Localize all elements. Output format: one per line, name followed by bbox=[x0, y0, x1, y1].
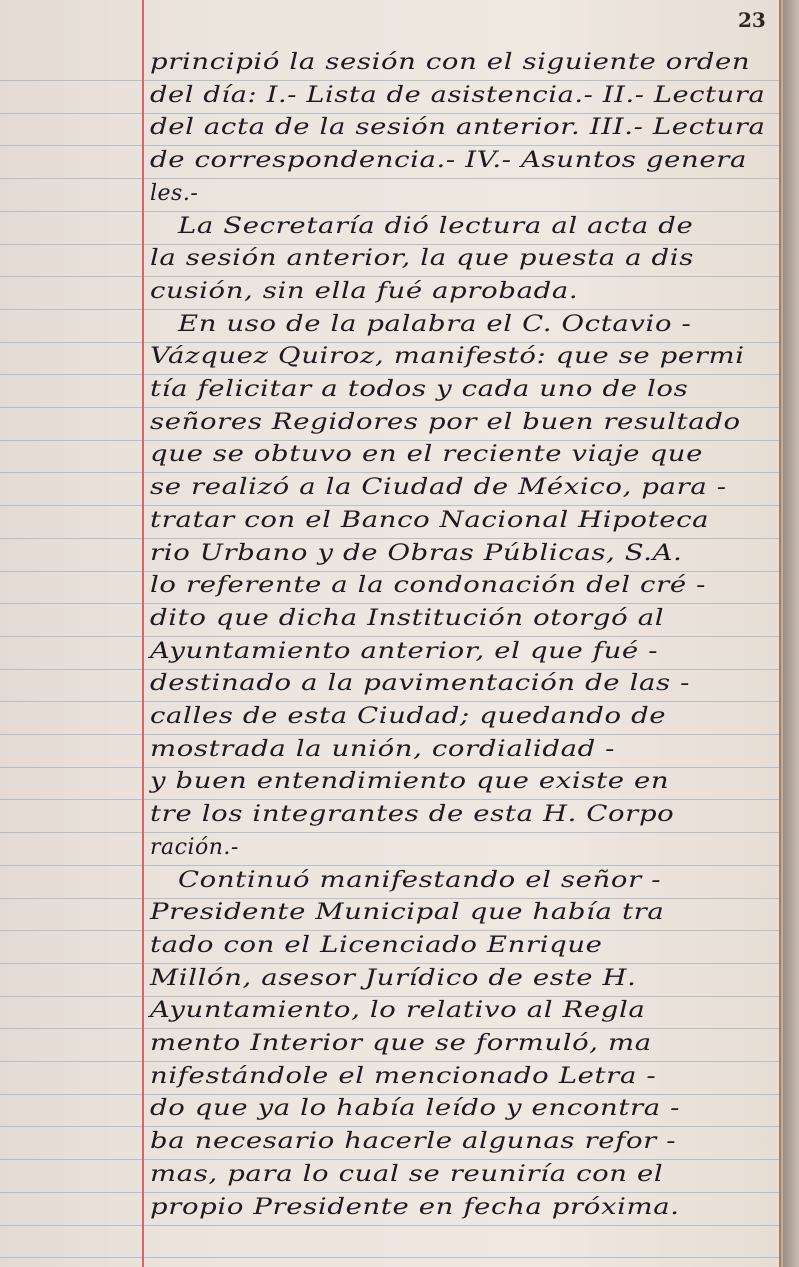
rule-line bbox=[0, 1257, 781, 1258]
handwritten-line: Millón, asesor Jurídico de este H. bbox=[150, 966, 636, 991]
handwritten-line: do que ya lo había leído y encontra - bbox=[150, 1096, 680, 1121]
rule-line bbox=[0, 113, 781, 114]
page-edge bbox=[779, 0, 781, 1267]
rule-line bbox=[0, 309, 781, 310]
handwritten-line: dito que dicha Institución otorgó al bbox=[150, 606, 664, 631]
handwritten-line: y buen entendimiento que existe en bbox=[150, 769, 669, 794]
handwritten-line: del día: I.- Lista de asistencia.- II.- … bbox=[150, 83, 765, 108]
rule-line bbox=[0, 963, 781, 964]
handwritten-line: cusión, sin ella fué aprobada. bbox=[150, 279, 578, 304]
rule-line bbox=[0, 799, 781, 800]
handwritten-line: calles de esta Ciudad; quedando de bbox=[150, 704, 666, 729]
ledger-page: 23 principió la sesión con el siguiente … bbox=[0, 0, 781, 1267]
handwritten-line: tado con el Licenciado Enrique bbox=[150, 933, 603, 958]
handwritten-line: propio Presidente en fecha próxima. bbox=[150, 1195, 680, 1220]
rule-line bbox=[0, 571, 781, 572]
page-number: 23 bbox=[738, 8, 766, 32]
handwritten-line: que se obtuvo en el reciente viaje que bbox=[150, 442, 703, 467]
handwritten-line: la sesión anterior, la que puesta a dis bbox=[150, 246, 694, 271]
rule-line bbox=[0, 211, 781, 212]
rule-line bbox=[0, 1094, 781, 1095]
handwritten-line: mostrada la unión, cordialidad - bbox=[150, 737, 615, 762]
handwritten-line: rio Urbano y de Obras Públicas, S.A. bbox=[150, 541, 683, 566]
handwritten-line: lo referente a la condonación del cré - bbox=[150, 573, 706, 598]
rule-line bbox=[0, 505, 781, 506]
rule-line bbox=[0, 407, 781, 408]
rule-line bbox=[0, 374, 781, 375]
rule-line bbox=[0, 734, 781, 735]
rule-line bbox=[0, 1061, 781, 1062]
handwritten-line: La Secretaría dió lectura al acta de bbox=[178, 214, 693, 239]
rule-line bbox=[0, 145, 781, 146]
red-margin-line bbox=[142, 0, 144, 1267]
rule-line bbox=[0, 342, 781, 343]
handwritten-line: señores Regidores por el buen resultado bbox=[150, 410, 741, 435]
rule-line bbox=[0, 80, 781, 81]
handwritten-line: de correspondencia.- IV.- Asuntos genera bbox=[150, 148, 747, 173]
handwritten-line: ración.- bbox=[150, 835, 239, 860]
handwritten-line: principió la sesión con el siguiente ord… bbox=[150, 50, 750, 75]
rule-line bbox=[0, 669, 781, 670]
handwritten-line: tre los integrantes de esta H. Corpo bbox=[150, 802, 674, 827]
handwritten-line: ba necesario hacerle algunas refor - bbox=[150, 1129, 676, 1154]
rule-line bbox=[0, 898, 781, 899]
handwritten-line: se realizó a la Ciudad de México, para - bbox=[150, 475, 727, 500]
handwritten-line: nifestándole el mencionado Letra - bbox=[150, 1064, 656, 1089]
handwritten-line: les.- bbox=[150, 181, 198, 206]
rule-line bbox=[0, 538, 781, 539]
rule-line bbox=[0, 1225, 781, 1226]
rule-line bbox=[0, 276, 781, 277]
handwritten-line: destinado a la pavimentación de las - bbox=[150, 671, 690, 696]
rule-line bbox=[0, 930, 781, 931]
rule-line bbox=[0, 1192, 781, 1193]
rule-line bbox=[0, 1126, 781, 1127]
handwritten-line: mas, para lo cual se reuniría con el bbox=[150, 1162, 663, 1187]
rule-line bbox=[0, 832, 781, 833]
rule-line bbox=[0, 636, 781, 637]
rule-line bbox=[0, 865, 781, 866]
rule-line bbox=[0, 244, 781, 245]
handwritten-line: Continuó manifestando el señor - bbox=[178, 868, 661, 893]
handwritten-line: Presidente Municipal que había tra bbox=[150, 900, 664, 925]
rule-line bbox=[0, 701, 781, 702]
handwritten-line: del acta de la sesión anterior. III.- Le… bbox=[150, 115, 766, 140]
rule-line bbox=[0, 472, 781, 473]
handwritten-line: Ayuntamiento anterior, el que fué - bbox=[150, 639, 658, 664]
handwritten-line: tratar con el Banco Nacional Hipoteca bbox=[150, 508, 709, 533]
rule-line bbox=[0, 996, 781, 997]
handwritten-line: mento Interior que se formuló, ma bbox=[150, 1031, 652, 1056]
rule-line bbox=[0, 767, 781, 768]
rule-line bbox=[0, 178, 781, 179]
book-gutter-shadow bbox=[783, 0, 799, 1267]
rule-line bbox=[0, 1159, 781, 1160]
rule-line bbox=[0, 1028, 781, 1029]
handwritten-line: tía felicitar a todos y cada uno de los bbox=[150, 377, 688, 402]
rule-line bbox=[0, 440, 781, 441]
handwritten-line: En uso de la palabra el C. Octavio - bbox=[178, 312, 691, 337]
handwritten-line: Ayuntamiento, lo relativo al Regla bbox=[150, 998, 645, 1023]
rule-line bbox=[0, 603, 781, 604]
handwritten-line: Vázquez Quiroz, manifestó: que se permi bbox=[150, 344, 745, 369]
